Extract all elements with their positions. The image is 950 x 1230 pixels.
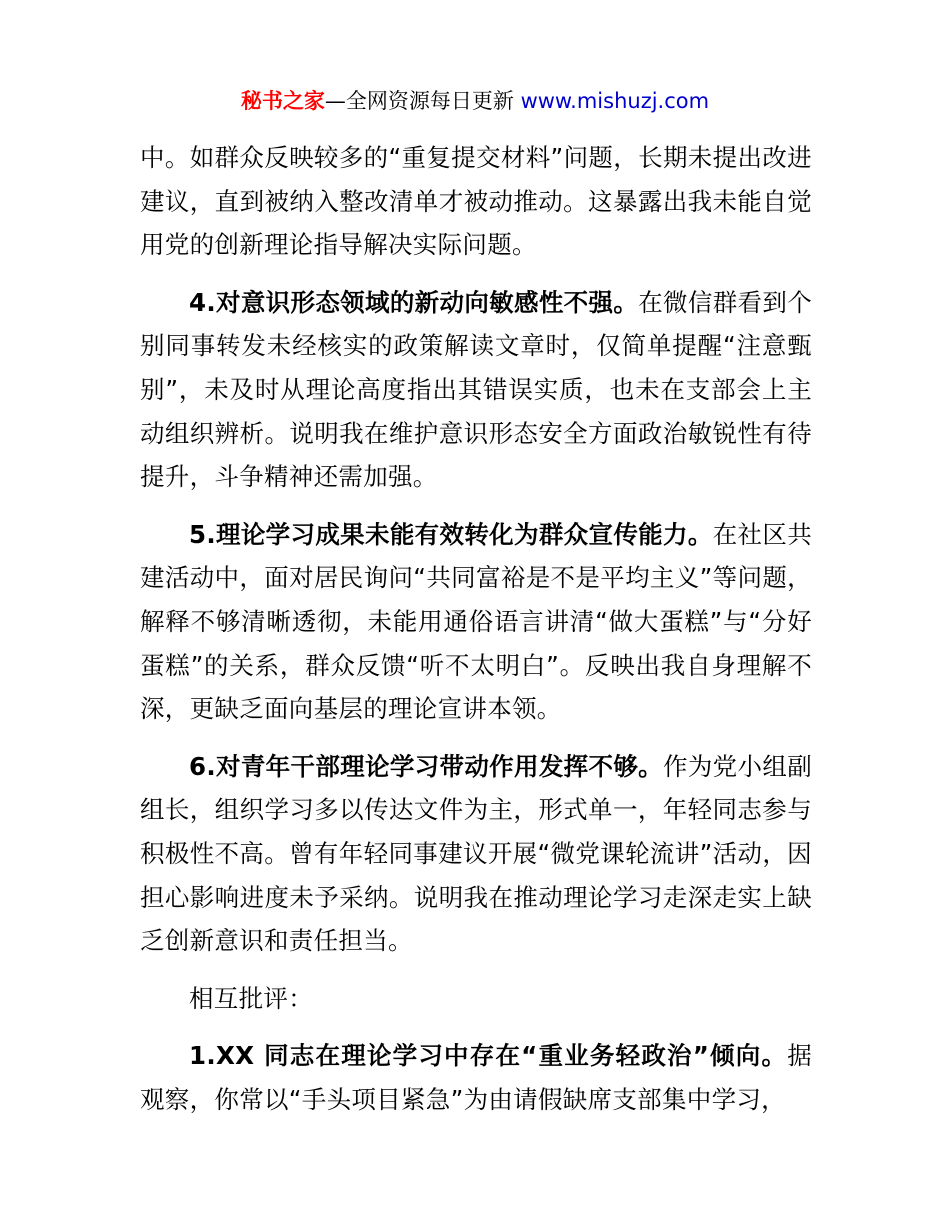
site-header: 秘书之家—全网资源每日更新 www.mishuzj.com <box>0 86 950 116</box>
site-url-link[interactable]: www.mishuzj.com <box>521 89 710 113</box>
paragraph-text: 中。如群众反映较多的“重复提交材料”问题，长期未提出改进建议，直到被纳入整改清单… <box>140 143 812 259</box>
paragraph-item-4: 4.对意识形态领域的新动向敏感性不强。在微信群看到个别同事转发未经核实的政策解读… <box>140 281 812 499</box>
paragraph-criticism-1: 1.XX 同志在理论学习中存在“重业务轻政治”倾向。据观察，你常以“手头项目紧急… <box>140 1034 812 1121</box>
paragraph-heading: 1.XX 同志在理论学习中存在“重业务轻政治”倾向。 <box>189 1041 787 1070</box>
paragraph-text: 作为党小组副组长，组织学习多以传达文件为主，形式单一，年轻同志参与积极性不高。曾… <box>140 752 812 955</box>
document-body: 中。如群众反映较多的“重复提交材料”问题，长期未提出改进建议，直到被纳入整改清单… <box>140 136 812 1121</box>
paragraph-heading: 6.对青年干部理论学习带动作用发挥不够。 <box>189 752 663 781</box>
paragraph-item-5: 5.理论学习成果未能有效转化为群众宣传能力。在社区共建活动中，面对居民询问“共同… <box>140 513 812 731</box>
brand-name: 秘书之家 <box>241 89 325 113</box>
paragraph-continuation: 中。如群众反映较多的“重复提交材料”问题，长期未提出改进建议，直到被纳入整改清单… <box>140 136 812 267</box>
paragraph-text: 在微信群看到个别同事转发未经核实的政策解读文章时，仅简单提醒“注意甄别”，未及时… <box>140 288 812 491</box>
header-tagline: —全网资源每日更新 <box>325 89 521 113</box>
paragraph-heading: 5.理论学习成果未能有效转化为群众宣传能力。 <box>189 520 713 549</box>
paragraph-heading: 4.对意识形态领域的新动向敏感性不强。 <box>189 288 638 317</box>
paragraph-text: 在社区共建活动中，面对居民询问“共同富裕是不是平均主义”等问题，解释不够清晰透彻… <box>140 520 812 723</box>
section-label: 相互批评： <box>189 984 313 1013</box>
paragraph-item-6: 6.对青年干部理论学习带动作用发挥不够。作为党小组副组长，组织学习多以传达文件为… <box>140 745 812 963</box>
section-label-mutual-criticism: 相互批评： <box>140 977 812 1021</box>
